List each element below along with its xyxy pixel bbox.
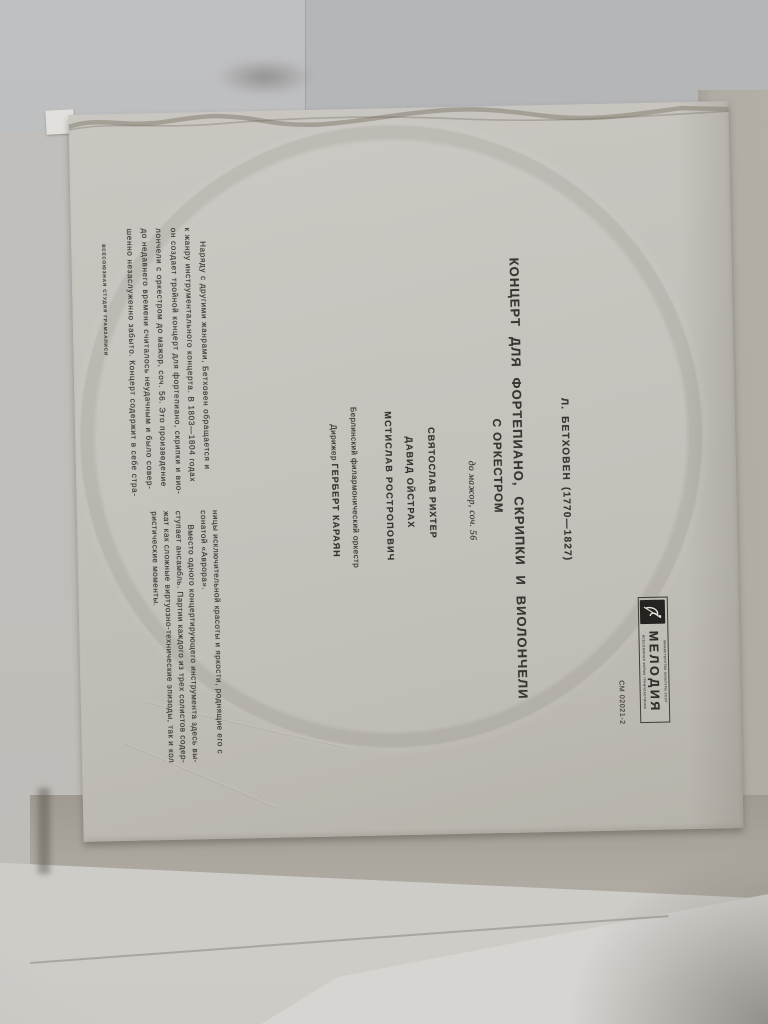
composer-title: Л. БЕТХОВЕН (1770—1827) [550, 384, 580, 575]
key-opus-line: до мажор, соч. 56 [459, 444, 482, 556]
sleeve-corner-shadow [38, 788, 50, 874]
conductor-credit: Дирижер ГЕРБЕРТ КАРАЯН [326, 417, 344, 564]
melodiya-emblem-icon [640, 599, 665, 624]
orchestra-credit: Берлинский филармонический оркестр [346, 393, 363, 582]
photo-of-record-sleeve: ВСЕСОЮЗНАЯ СТУДИЯ ГРАМЗАПИСИ Наряду с др… [0, 0, 768, 1024]
ministry-line: МИНИСТЕРСТВО КУЛЬТУРЫ СССР [662, 624, 667, 719]
corner-shadow [548, 834, 768, 1024]
melodiya-badge-frame: МИНИСТЕРСТВО КУЛЬТУРЫ СССР МЕЛОДИЯ ВСЕСО… [638, 597, 671, 724]
liner-notes-column-1: Наряду с другими жанрами, Бетховен обращ… [122, 227, 215, 513]
conductor-name: ГЕРБЕРТ КАРАЯН [330, 463, 342, 557]
liner-notes-column-2: ницы исключительной красоты и яркости, р… [147, 510, 226, 763]
record-sleeve-back: ВСЕСОЮЗНАЯ СТУДИЯ ГРАМЗАПИСИ Наряду с др… [68, 101, 743, 842]
with-orchestra-subtitle: С ОРКЕСТРОМ [485, 413, 509, 519]
soloist-richter: СВЯТОСЛАВ РИХТЕР [423, 425, 440, 540]
melodiya-badge: МИНИСТЕРСТВО КУЛЬТУРЫ СССР МЕЛОДИЯ ВСЕСО… [638, 597, 671, 724]
soloist-rostropovich: МСТИСЛАВ РОСТРОПОВИЧ [380, 411, 399, 561]
conductor-prefix: Дирижер [329, 424, 339, 461]
melodiya-badge-text: МИНИСТЕРСТВО КУЛЬТУРЫ СССР МЕЛОДИЯ ВСЕСО… [641, 623, 668, 721]
soloist-oistrakh: ДАВИД ОЙСТРАХ [401, 436, 418, 529]
publisher-credit-line: ВСЕСОЮЗНАЯ СТУДИЯ ГРАМЗАПИСИ [97, 244, 108, 352]
paper-smudge-shadow [200, 52, 330, 102]
catalog-number: СМ 02021-2 [614, 671, 627, 733]
firm-line: ВСЕСОЮЗНАЯ ФИРМА ГРАМПЛАСТИНОК [641, 625, 646, 720]
melodiya-brand: МЕЛОДИЯ [647, 624, 662, 719]
